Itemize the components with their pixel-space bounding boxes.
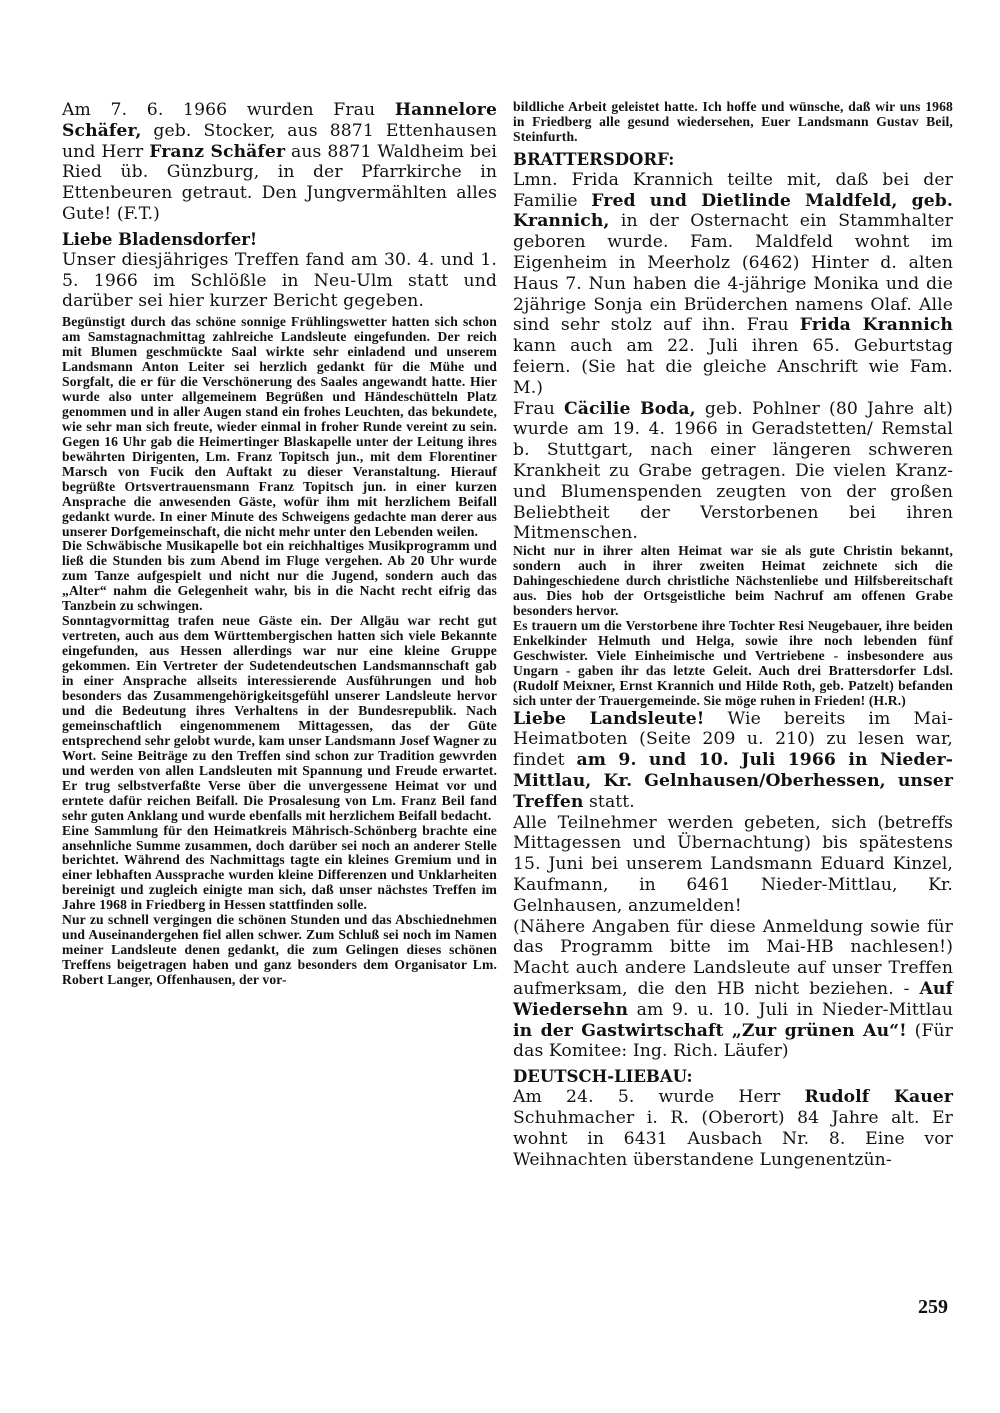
heading-deutsch-liebau: DEUTSCH-LIEBAU: [513,1066,953,1087]
birthday-notice: Am 24. 5. wurde Herr Rudolf Kauer Schuhm… [513,1087,953,1170]
groom-name: Franz Schäfer [149,142,285,162]
meeting-details: (Nähere Angaben für diese Anmeldung sowi… [513,917,953,1063]
report-paragraph-1: Begünstigt durch das schöne sonnige Früh… [62,315,497,539]
heading-bladensdorf: Liebe Bladensdorfer! [62,229,497,250]
report-paragraph-5: Nur zu schnell vergingen die schönen Stu… [62,913,497,988]
report-paragraph-3: Sonntagvormittag trafen neue Gäste ein. … [62,614,497,823]
meeting-date-place: am 9. und 10. Juli 1966 in Nieder-Mittla… [513,750,953,812]
document-page: Am 7. 6. 1966 wurden Frau Hannelore Schä… [0,0,1000,1413]
text: (Nähere Angaben für diese Anmeldung sowi… [513,917,953,999]
wedding-announcement: Am 7. 6. 1966 wurden Frau Hannelore Schä… [62,100,497,225]
report-paragraph-2: Die Schwäbische Musikapelle bot ein reic… [62,539,497,614]
right-column: bildliche Arbeit geleistet hatte. Ich ho… [513,100,953,1170]
meeting-intro: Unser diesjähriges Treffen fand am 30. 4… [62,250,497,312]
page-number: 259 [918,1296,948,1319]
report-continuation: bildliche Arbeit geleistet hatte. Ich ho… [513,100,953,145]
text: kann auch am 22. Juli ihren 65. Geburtst… [513,336,953,398]
death-notice: Frau Cäcilie Boda, geb. Pohlner (80 Jahr… [513,399,953,545]
heading-brattersdorf: BRATTERSDORF: [513,149,953,170]
venue: in der Gastwirtschaft „Zur grünen Au“! [513,1021,907,1041]
left-column: Am 7. 6. 1966 wurden Frau Hannelore Schä… [62,100,497,988]
text: Am 24. 5. wurde Herr [513,1087,805,1107]
report-paragraph-4: Eine Sammlung für den Heimatkreis Mähris… [62,824,497,914]
meeting-announcement: Liebe Landsleute! Wie bereits im Mai-Hei… [513,709,953,813]
text: statt. [583,792,634,812]
greeting: Liebe Landsleute! [513,709,704,729]
text: am 9. u. 10. Juli in Nieder-Mittlau [628,1000,953,1020]
birth-announcement: Lmn. Frida Krannich teilte mit, daß bei … [513,170,953,399]
text: geb. Pohlner (80 Jahre alt) wurde am 19.… [513,399,953,544]
person-name: Rudolf Kauer [805,1087,954,1107]
person-name: Frida Krannich [800,315,953,335]
registration-notice: Alle Teilnehmer werden gebeten, sich (be… [513,813,953,917]
text: Am 7. 6. 1966 wurden Frau [62,100,395,120]
death-notice-detail-1: Nicht nur in ihrer alten Heimat war sie … [513,544,953,619]
death-notice-detail-2: Es trauern um die Verstorbene ihre Tocht… [513,619,953,709]
text: Frau [513,399,564,419]
text: Schuhmacher i. R. (Oberort) 84 Jahre alt… [513,1108,953,1170]
deceased-name: Cäcilie Boda, [564,399,696,419]
